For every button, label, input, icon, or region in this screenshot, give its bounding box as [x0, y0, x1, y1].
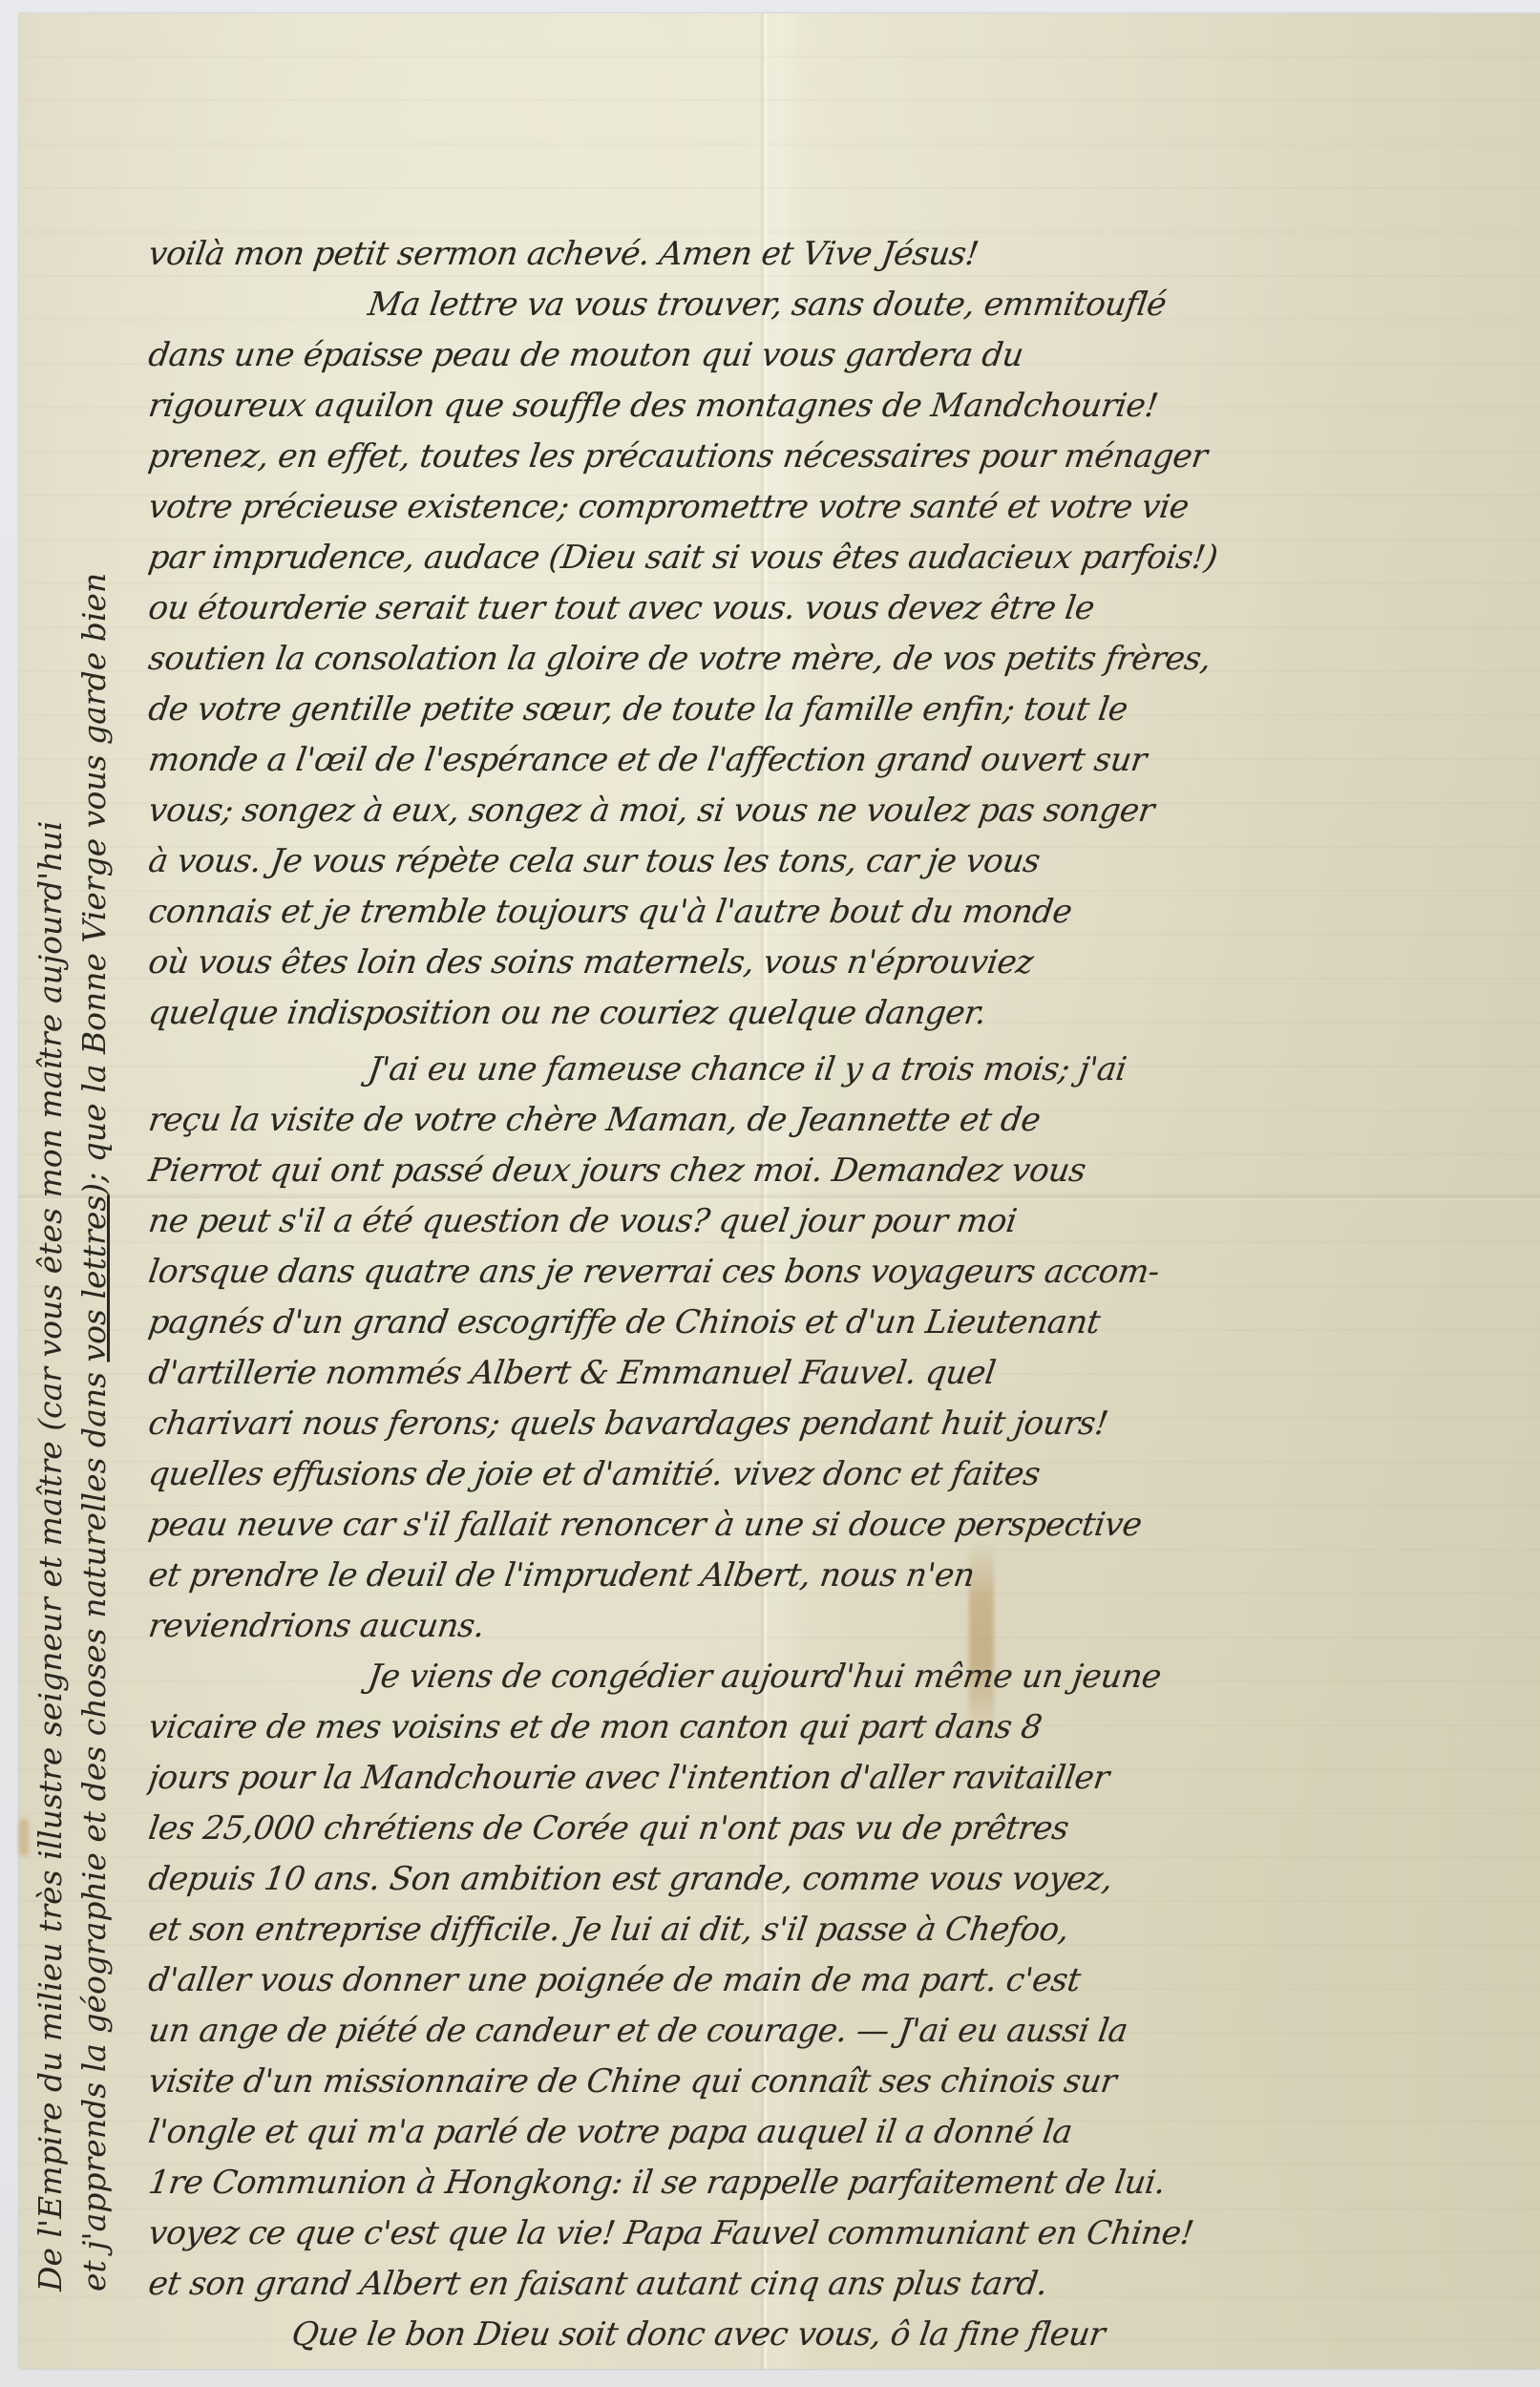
- letter-line: peau neuve car s'il fallait renoncer à u…: [145, 1500, 1488, 1551]
- letter-line: et son grand Albert en faisant autant ci…: [145, 2259, 1488, 2310]
- margin-stain: [19, 1818, 29, 1856]
- letter-line: vicaire de mes voisins et de mon canton …: [145, 1702, 1488, 1753]
- letter-line: l'ongle et qui m'a parlé de votre papa a…: [145, 2107, 1488, 2158]
- letter-line: connais et je tremble toujours qu'à l'au…: [145, 887, 1488, 938]
- letter-line: voyez ce que c'est que la vie! Papa Fauv…: [145, 2208, 1488, 2259]
- letter-line: charivari nous ferons; quels bavardages …: [145, 1399, 1488, 1449]
- letter-line: d'artillerie nommés Albert & Emmanuel Fa…: [145, 1348, 1488, 1399]
- letter-line: dans une épaisse peau de mouton qui vous…: [145, 330, 1488, 381]
- letter-line: Pierrot qui ont passé deux jours chez mo…: [145, 1146, 1488, 1196]
- margin-note-line: De l'Empire du milieu très illustre seig…: [29, 573, 73, 2292]
- letter-line: et son entreprise difficile. Je lui ai d…: [145, 1905, 1488, 1955]
- letter-line: d'aller vous donner une poignée de main …: [145, 1955, 1488, 2006]
- margin-note-text: et j'apprends la géographie et des chose…: [75, 1362, 113, 2292]
- letter-line: soutien la consolation la gloire de votr…: [145, 634, 1488, 685]
- letter-body: voilà mon petit sermon achevé. Amen et V…: [145, 229, 1482, 2360]
- letter-line: rigoureux aquilon que souffle des montag…: [145, 381, 1488, 432]
- letter-line: ne peut s'il a été question de vous? que…: [145, 1196, 1488, 1247]
- letter-line: votre précieuse existence; compromettre …: [145, 482, 1488, 533]
- margin-note-text: ); que la Bonne Vierge vous garde bien: [75, 573, 113, 1195]
- letter-line: jours pour la Mandchourie avec l'intenti…: [145, 1753, 1488, 1804]
- letter-line: les 25,000 chrétiens de Corée qui n'ont …: [145, 1804, 1488, 1854]
- letter-line-paragraph-start: J'ai eu une fameuse chance il y a trois …: [145, 1045, 1488, 1095]
- letter-line-paragraph-start: Que le bon Dieu soit donc avec vous, ô l…: [145, 2310, 1488, 2360]
- letter-line: vous; songez à eux, songez à moi, si vou…: [145, 786, 1488, 836]
- letter-line-paragraph-start: Je viens de congédier aujourd'hui même u…: [145, 1652, 1488, 1702]
- letter-line: lorsque dans quatre ans je reverrai ces …: [145, 1247, 1488, 1298]
- letter-line: depuis 10 ans. Son ambition est grande, …: [145, 1854, 1488, 1905]
- letter-line: un ange de piété de candeur et de courag…: [145, 2006, 1488, 2057]
- letter-line: quelque indisposition ou ne couriez quel…: [145, 988, 1488, 1039]
- letter-line: à vous. Je vous répète cela sur tous les…: [145, 836, 1488, 887]
- letter-line: pagnés d'un grand escogriffe de Chinois …: [145, 1298, 1488, 1348]
- letter-line-paragraph-start: Ma lettre va vous trouver, sans doute, e…: [145, 280, 1488, 330]
- letter-line: voilà mon petit sermon achevé. Amen et V…: [145, 229, 1488, 280]
- letter-line: 1re Communion à Hongkong: il se rappelle…: [145, 2158, 1488, 2208]
- margin-note-underlined-text: vos lettres: [75, 1195, 113, 1362]
- letter-line: reçu la visite de votre chère Maman, de …: [145, 1095, 1488, 1146]
- letter-line: ou étourderie serait tuer tout avec vous…: [145, 583, 1488, 634]
- letter-line: par imprudence, audace (Dieu sait si vou…: [145, 533, 1488, 583]
- letter-line: de votre gentille petite sœur, de toute …: [145, 685, 1488, 735]
- letter-line: et prendre le deuil de l'imprudent Alber…: [145, 1551, 1488, 1601]
- margin-note-line: et j'apprends la géographie et des chose…: [73, 573, 116, 2292]
- letter-line: monde a l'œil de l'espérance et de l'aff…: [145, 735, 1488, 786]
- letter-line: reviendrions aucuns.: [145, 1601, 1488, 1652]
- vertical-margin-note: De l'Empire du milieu très illustre seig…: [29, 573, 116, 2292]
- letter-line: où vous êtes loin des soins maternels, v…: [145, 938, 1488, 988]
- letter-line: quelles effusions de joie et d'amitié. v…: [145, 1449, 1488, 1500]
- letter-line: visite d'un missionnaire de Chine qui co…: [145, 2057, 1488, 2107]
- letter-line: prenez, en effet, toutes les précautions…: [145, 432, 1488, 482]
- margin-note-text: De l'Empire du milieu très illustre seig…: [32, 821, 69, 2292]
